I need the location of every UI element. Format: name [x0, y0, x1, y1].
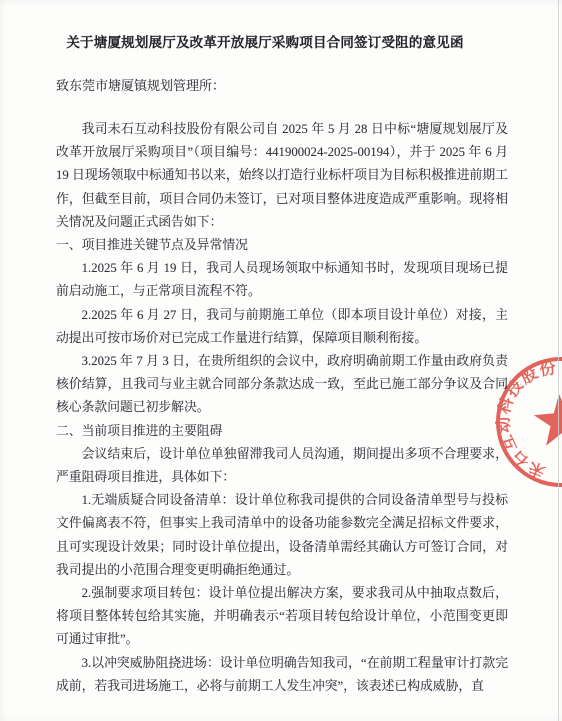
- body-paragraph: 3.以冲突威胁阻挠进场：设计单位明确告知我司，“在前期工程量审计打款完成前，若我…: [56, 652, 508, 698]
- body-paragraph: 3.2025 年 7 月 3 日，在贵所组织的会议中，政府明确前期工作量由政府负…: [56, 350, 508, 420]
- scan-edge-line: [558, 0, 560, 721]
- body-paragraph: 1.无端质疑合同设备清单：设计单位称我司提供的合同设备清单型号与投标文件偏离表不…: [56, 489, 508, 582]
- document-title: 关于塘厦规划展厅及改革开放展厅采购项目合同签订受阻的意见函: [39, 31, 491, 51]
- document-body: 我司未石互动科技股份有限公司自 2025 年 5 月 28 日中标“塘厦规划展厅…: [56, 118, 508, 698]
- scanned-letter-page: 关于塘厦规划展厅及改革开放展厅采购项目合同签订受阻的意见函 致东莞市塘厦镇规划管…: [0, 0, 562, 721]
- salutation: 致东莞市塘厦镇规划管理所：: [56, 78, 562, 94]
- body-paragraph: 我司未石互动科技股份有限公司自 2025 年 5 月 28 日中标“塘厦规划展厅…: [56, 118, 508, 234]
- section-heading: 二、当前项目推进的主要阻碍: [56, 420, 508, 443]
- body-paragraph: 1.2025 年 6 月 19 日，我司人员现场领取中标通知书时，发现项目现场已…: [56, 257, 508, 303]
- body-paragraph: 会议结束后，设计单位单独留滞我司人员沟通，期间提出多项不合理要求，严重阻碍项目推…: [56, 443, 508, 489]
- body-paragraph: 2.强制要求项目转包：设计单位提出解决方案，要求我司从中抽取点数后，将项目整体转…: [56, 582, 508, 652]
- body-paragraph: 2.2025 年 6 月 27 日，我司与前期施工单位（即本项目设计单位）对接，…: [56, 304, 508, 350]
- section-heading: 一、项目推进关键节点及异常情况: [56, 234, 508, 257]
